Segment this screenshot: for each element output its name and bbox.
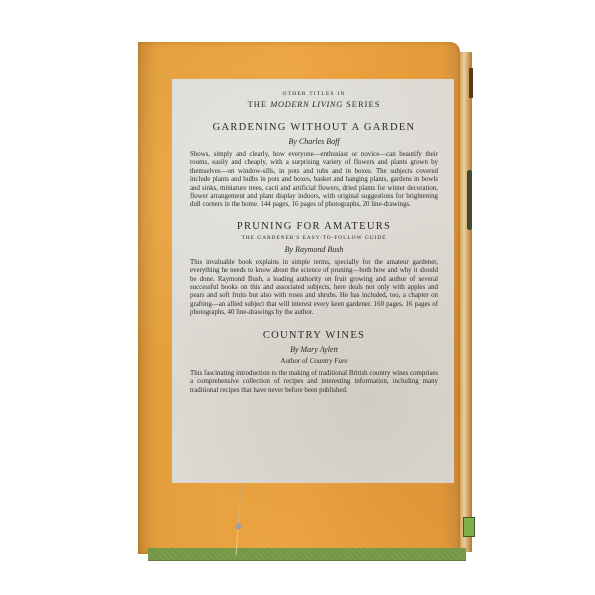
- spine-dark-mark: [469, 68, 473, 98]
- author-note-title: Country Fare: [310, 357, 348, 365]
- spine-green-label: [463, 517, 475, 537]
- spine-illustration-fragment: [467, 170, 472, 230]
- series-header-line1: OTHER TITLES IN: [190, 91, 438, 97]
- jacket-tear: [236, 523, 241, 529]
- book-subtitle: THE GARDENER'S EASY-TO-FOLLOW GUIDE: [190, 235, 438, 241]
- book-description: This invaluable book explains in simple …: [190, 259, 438, 318]
- book-author: By Mary Aylett: [190, 345, 438, 354]
- series-header-line2: THE MODERN LIVING SERIES: [190, 99, 438, 109]
- titles-panel: OTHER TITLES IN THE MODERN LIVING SERIES…: [172, 79, 454, 483]
- book-title: PRUNING FOR AMATEURS: [190, 221, 438, 232]
- book-description: Shows, simply and clearly, how everyone—…: [190, 151, 438, 210]
- book-author: By Raymond Bush: [190, 245, 438, 254]
- book-entry-gardening: GARDENING WITHOUT A GARDEN By Charles Bo…: [190, 122, 438, 210]
- book-description: This fascinating introduction to the mak…: [190, 370, 438, 395]
- book-author-note: Author of Country Fare: [190, 357, 438, 365]
- series-suffix: SERIES: [343, 99, 380, 109]
- book-title: COUNTRY WINES: [190, 330, 438, 341]
- book-title: GARDENING WITHOUT A GARDEN: [190, 122, 438, 133]
- book-spine-edge: [460, 52, 472, 552]
- author-note-prefix: Author of: [280, 357, 309, 365]
- book-entry-country-wines: COUNTRY WINES By Mary Aylett Author of C…: [190, 330, 438, 395]
- series-prefix: THE: [248, 99, 271, 109]
- book-entry-pruning: PRUNING FOR AMATEURS THE GARDENER'S EASY…: [190, 221, 438, 318]
- green-cloth-binding: [148, 548, 466, 561]
- series-name: MODERN LIVING: [270, 99, 343, 109]
- book-author: By Charles Boff: [190, 137, 438, 146]
